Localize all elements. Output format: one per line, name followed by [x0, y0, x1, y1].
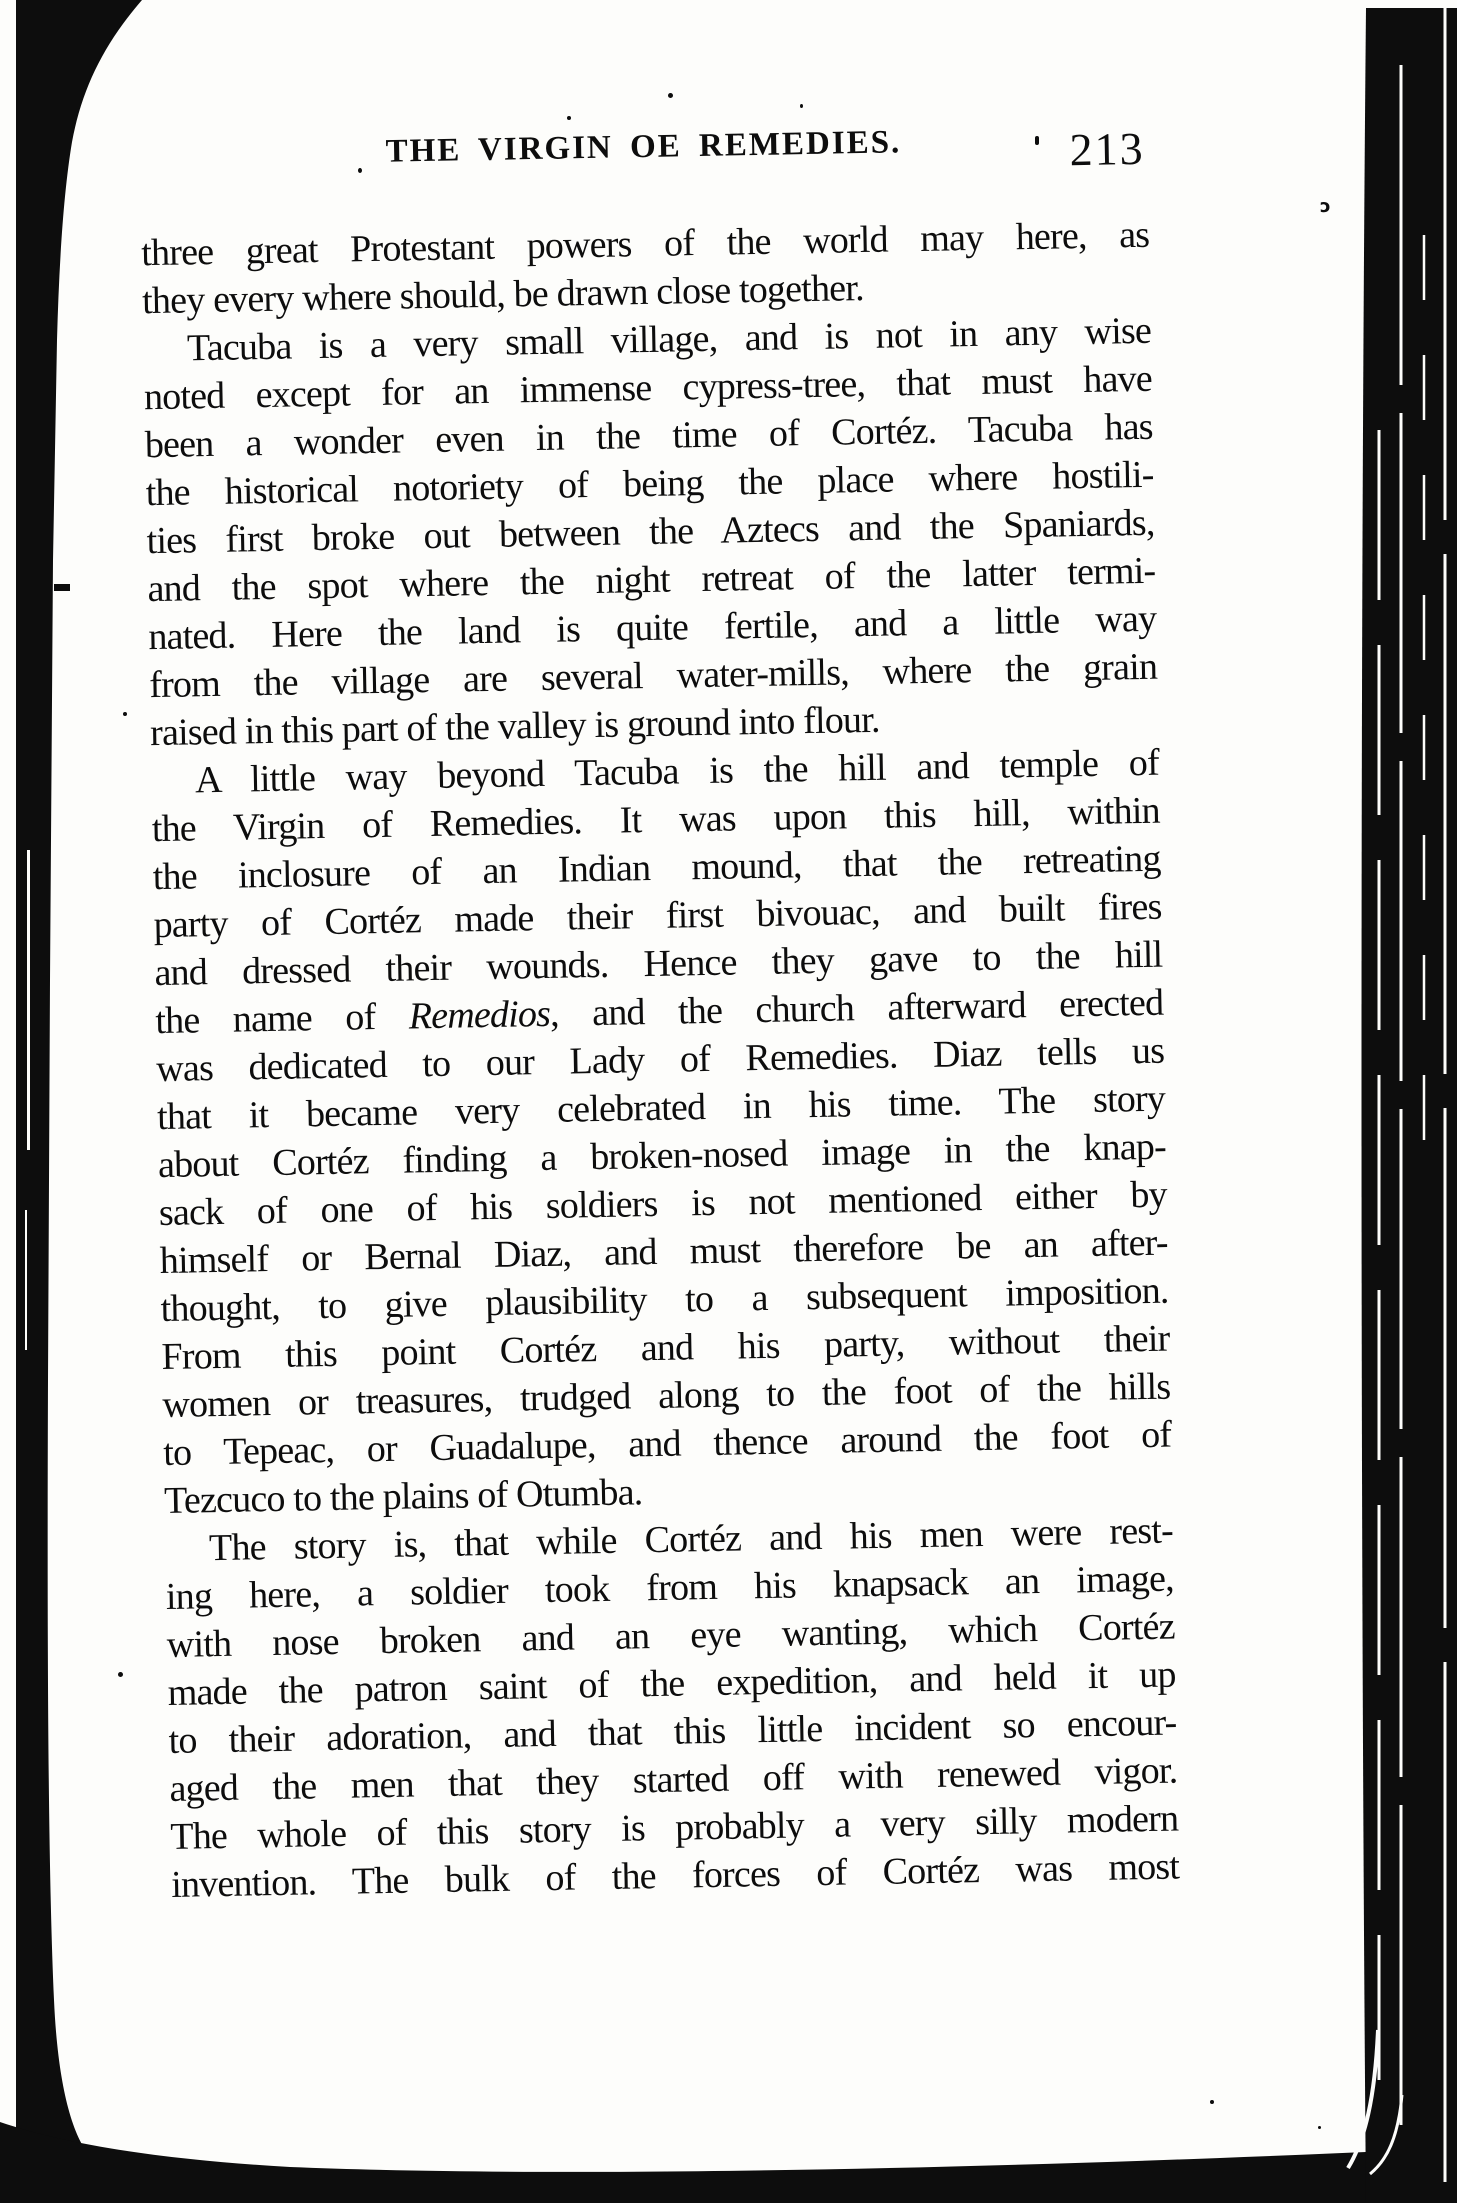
page-title: THE VIRGIN OE REMEDIES.: [139, 118, 1148, 176]
text-segment: , and the church afterward erected: [550, 982, 1164, 1035]
bottom-edge-band: [0, 2122, 1457, 2203]
left-band-highlight: [27, 850, 30, 1150]
dust-speck: [1318, 2126, 1321, 2129]
page-content: THE VIRGIN OE REMEDIES. 213 three great …: [139, 107, 1180, 1925]
body-text: three great Protestant powers of the wor…: [141, 211, 1180, 1909]
scanned-book-page: ɔ THE VIRGIN OE REMEDIES. 213 three grea…: [0, 0, 1457, 2203]
dust-speck: [800, 104, 803, 108]
text-segment: the name of: [155, 995, 409, 1042]
margin-hook-mark: ɔ: [1320, 196, 1331, 217]
italic-word: Remedios: [408, 993, 550, 1038]
dust-speck: [118, 1672, 123, 1677]
left-band-highlight-2: [25, 1210, 27, 1350]
page-number: 213: [1069, 126, 1145, 173]
dust-speck: [1210, 2100, 1214, 2104]
dust-speck: [668, 93, 673, 98]
dust-speck: [123, 712, 127, 716]
left-band-notch: [54, 584, 70, 591]
right-page-edges-band: [1362, 8, 1457, 2203]
